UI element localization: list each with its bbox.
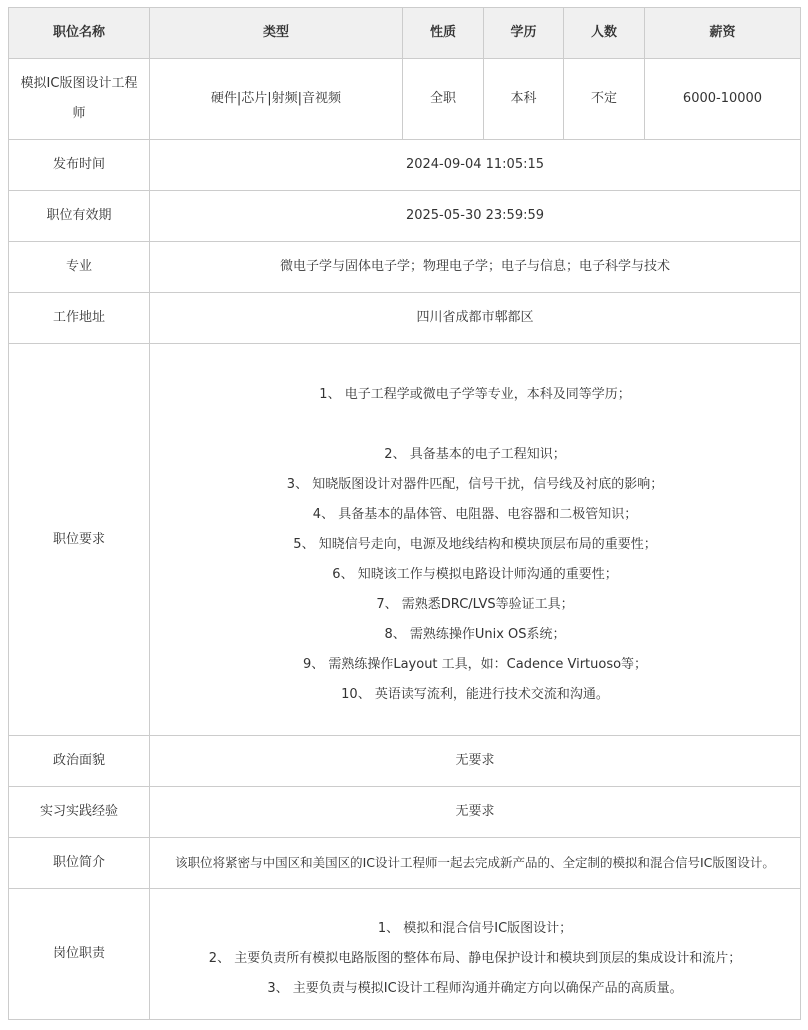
duty-item: 3、 主要负责与模拟IC设计工程师沟通并确定方向以确保产品的高质量。	[158, 974, 792, 1004]
duties-row: 岗位职责 1、 模拟和混合信号IC版图设计； 2、 主要负责所有模拟电路版图的整…	[9, 889, 801, 1020]
duty-item: 1、 模拟和混合信号IC版图设计；	[158, 914, 792, 944]
requirement-item: 3、 知晓版图设计对器件匹配，信号干扰，信号线及衬底的影响；	[158, 470, 792, 500]
duties-label: 岗位职责	[9, 889, 150, 1020]
valid-until-value: 2025-05-30 23:59:59	[150, 191, 801, 242]
major-row: 专业 微电子学与固体电子学；物理电子学；电子与信息；电子科学与技术	[9, 242, 801, 293]
summary-row: 职位简介 该职位将紧密与中国区和美国区的IC设计工程师一起去完成新产品的、全定制…	[9, 838, 801, 889]
internship-label: 实习实践经验	[9, 787, 150, 838]
political-value: 无要求	[150, 736, 801, 787]
requirement-spacer	[158, 410, 792, 440]
col-header-nature: 性质	[403, 8, 484, 59]
position-title: 模拟IC版图设计工程师	[9, 59, 150, 140]
publish-time-label: 发布时间	[9, 140, 150, 191]
requirement-item: 1、 电子工程学或微电子学等专业，本科及同等学历；	[158, 380, 792, 410]
job-detail-table: 职位名称 类型 性质 学历 人数 薪资 模拟IC版图设计工程师 硬件|芯片|射频…	[8, 7, 801, 1020]
col-header-salary: 薪资	[645, 8, 801, 59]
col-header-education: 学历	[484, 8, 564, 59]
position-salary: 6000-10000	[645, 59, 801, 140]
valid-until-row: 职位有效期 2025-05-30 23:59:59	[9, 191, 801, 242]
header-row: 职位名称 类型 性质 学历 人数 薪资	[9, 8, 801, 59]
requirements-row: 职位要求 1、 电子工程学或微电子学等专业，本科及同等学历； 2、 具备基本的电…	[9, 344, 801, 736]
publish-time-row: 发布时间 2024-09-04 11:05:15	[9, 140, 801, 191]
political-row: 政治面貌 无要求	[9, 736, 801, 787]
internship-row: 实习实践经验 无要求	[9, 787, 801, 838]
publish-time-value: 2024-09-04 11:05:15	[150, 140, 801, 191]
duty-item: 2、 主要负责所有模拟电路版图的整体布局、静电保护设计和模块到顶层的集成设计和流…	[158, 944, 792, 974]
position-nature: 全职	[403, 59, 484, 140]
requirement-item: 10、 英语读写流利，能进行技术交流和沟通。	[158, 680, 792, 710]
requirement-item: 6、 知晓该工作与模拟电路设计师沟通的重要性；	[158, 560, 792, 590]
position-row: 模拟IC版图设计工程师 硬件|芯片|射频|音视频 全职 本科 不定 6000-1…	[9, 59, 801, 140]
requirement-item: 9、 需熟练操作Layout 工具，如：Cadence Virtuoso等；	[158, 650, 792, 680]
requirement-item: 4、 具备基本的晶体管、电阻器、电容器和二极管知识；	[158, 500, 792, 530]
position-education: 本科	[484, 59, 564, 140]
major-label: 专业	[9, 242, 150, 293]
location-value: 四川省成都市郫都区	[150, 293, 801, 344]
position-headcount: 不定	[564, 59, 645, 140]
requirement-item: 8、 需熟练操作Unix OS系统；	[158, 620, 792, 650]
requirement-item: 5、 知晓信号走向，电源及地线结构和模块顶层布局的重要性；	[158, 530, 792, 560]
col-header-headcount: 人数	[564, 8, 645, 59]
requirements-list: 1、 电子工程学或微电子学等专业，本科及同等学历； 2、 具备基本的电子工程知识…	[150, 344, 801, 736]
political-label: 政治面貌	[9, 736, 150, 787]
requirement-item: 7、 需熟悉DRC/LVS等验证工具；	[158, 590, 792, 620]
valid-until-label: 职位有效期	[9, 191, 150, 242]
summary-label: 职位简介	[9, 838, 150, 889]
position-type: 硬件|芯片|射频|音视频	[150, 59, 403, 140]
location-label: 工作地址	[9, 293, 150, 344]
requirements-label: 职位要求	[9, 344, 150, 736]
col-header-type: 类型	[150, 8, 403, 59]
summary-value: 该职位将紧密与中国区和美国区的IC设计工程师一起去完成新产品的、全定制的模拟和混…	[150, 838, 801, 889]
internship-value: 无要求	[150, 787, 801, 838]
major-value: 微电子学与固体电子学；物理电子学；电子与信息；电子科学与技术	[150, 242, 801, 293]
requirement-item: 2、 具备基本的电子工程知识；	[158, 440, 792, 470]
duties-list: 1、 模拟和混合信号IC版图设计； 2、 主要负责所有模拟电路版图的整体布局、静…	[150, 889, 801, 1020]
col-header-title: 职位名称	[9, 8, 150, 59]
location-row: 工作地址 四川省成都市郫都区	[9, 293, 801, 344]
